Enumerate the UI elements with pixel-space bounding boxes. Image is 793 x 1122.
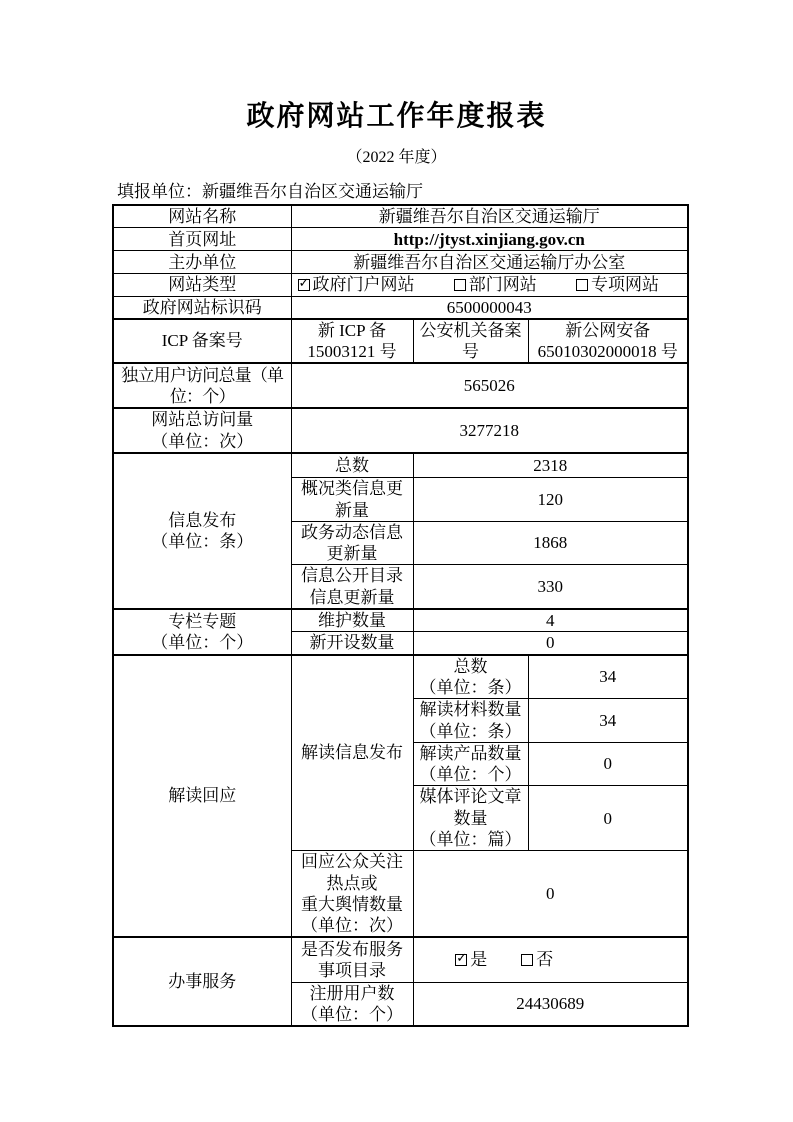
row-label-website-name: 网站名称 xyxy=(113,205,291,228)
media-commentary-label: 媒体评论文章 数量 （单位：篇） xyxy=(413,786,528,851)
interpretation-materials-value: 34 xyxy=(528,699,688,743)
checkbox-unchecked-icon xyxy=(576,279,588,291)
info-publish-total-label: 总数 xyxy=(291,453,413,478)
website-name-value: 新疆维吾尔自治区交通运输厅 xyxy=(291,205,688,228)
row-label-total-visits: 网站总访问量 （单位：次） xyxy=(113,408,291,453)
info-publish-total-value: 2318 xyxy=(413,453,688,478)
row-label-site-code: 政府网站标识码 xyxy=(113,296,291,319)
service-catalog-value: 是 否 xyxy=(413,937,688,982)
interpretation-products-value: 0 xyxy=(528,742,688,786)
open-catalog-update-label: 信息公开目录 信息更新量 xyxy=(291,565,413,609)
newly-opened-count-label: 新开设数量 xyxy=(291,632,413,655)
reporting-unit: 填报单位：新疆维吾尔自治区交通运输厅 xyxy=(117,177,423,202)
checkbox-checked-icon xyxy=(298,279,310,291)
section-label-info-publish: 信息发布 （单位：条） xyxy=(113,453,291,609)
icp-number: 新 ICP 备 15003121 号 xyxy=(291,319,413,364)
row-label-home-url: 首页网址 xyxy=(113,228,291,251)
open-catalog-update-value: 330 xyxy=(413,565,688,609)
option-label: 政府门户网站 xyxy=(313,275,415,294)
section-label-services: 办事服务 xyxy=(113,937,291,1026)
report-page: 政府网站工作年度报表 （2022 年度） 填报单位：新疆维吾尔自治区交通运输厅 … xyxy=(0,0,793,1122)
interpretation-publish-label: 解读信息发布 xyxy=(291,655,413,851)
public-response-value: 0 xyxy=(413,851,688,938)
option-department-site: 部门网站 xyxy=(454,274,537,295)
overview-update-label: 概况类信息更 新量 xyxy=(291,478,413,522)
interpretation-products-label: 解读产品数量 （单位：个） xyxy=(413,742,528,786)
option-government-portal: 政府门户网站 xyxy=(298,274,415,295)
site-type-value: 政府门户网站 部门网站 专项网站 xyxy=(291,274,688,296)
row-label-icp: ICP 备案号 xyxy=(113,319,291,364)
organizer-value: 新疆维吾尔自治区交通运输厅办公室 xyxy=(291,251,688,274)
registered-users-value: 24430689 xyxy=(413,982,688,1026)
checkbox-checked-icon xyxy=(455,954,467,966)
interpretation-total-label: 总数 （单位：条） xyxy=(413,655,528,699)
option-special-site: 专项网站 xyxy=(576,274,659,295)
option-yes: 是 xyxy=(455,949,487,970)
page-title: 政府网站工作年度报表 xyxy=(0,94,793,134)
unique-visitors-value: 565026 xyxy=(291,363,688,408)
no-label: 否 xyxy=(536,950,553,969)
option-label: 专项网站 xyxy=(591,275,659,294)
row-label-site-type: 网站类型 xyxy=(113,274,291,296)
option-label: 部门网站 xyxy=(469,275,537,294)
overview-update-value: 120 xyxy=(413,478,688,522)
maintained-count-label: 维护数量 xyxy=(291,609,413,632)
newly-opened-count-value: 0 xyxy=(413,632,688,655)
checkbox-unchecked-icon xyxy=(454,279,466,291)
interpretation-total-value: 34 xyxy=(528,655,688,699)
police-filing-number: 新公网安备 65010302000018 号 xyxy=(528,319,688,364)
section-label-interpretation: 解读回应 xyxy=(113,655,291,938)
service-catalog-label: 是否发布服务 事项目录 xyxy=(291,937,413,982)
registered-users-label: 注册用户数 （单位：个） xyxy=(291,982,413,1026)
report-year: （2022 年度） xyxy=(0,144,793,167)
police-filing-label: 公安机关备案 号 xyxy=(413,319,528,364)
section-label-special-topics: 专栏专题 （单位：个） xyxy=(113,609,291,655)
interpretation-materials-label: 解读材料数量 （单位：条） xyxy=(413,699,528,743)
row-label-organizer: 主办单位 xyxy=(113,251,291,274)
option-no: 否 xyxy=(521,949,553,970)
checkbox-unchecked-icon xyxy=(521,954,533,966)
home-url-value: http://jtyst.xinjiang.gov.cn xyxy=(291,228,688,251)
public-response-label: 回应公众关注 热点或 重大舆情数量 （单位：次） xyxy=(291,851,413,938)
annual-report-table: 网站名称 新疆维吾尔自治区交通运输厅 首页网址 http://jtyst.xin… xyxy=(112,204,689,1027)
media-commentary-value: 0 xyxy=(528,786,688,851)
total-visits-value: 3277218 xyxy=(291,408,688,453)
gov-news-update-value: 1868 xyxy=(413,521,688,565)
yes-label: 是 xyxy=(470,950,487,969)
maintained-count-value: 4 xyxy=(413,609,688,632)
row-label-unique-visitors: 独立用户访问总量（单 位：个） xyxy=(113,363,291,408)
gov-news-update-label: 政务动态信息 更新量 xyxy=(291,521,413,565)
site-code-value: 6500000043 xyxy=(291,296,688,319)
